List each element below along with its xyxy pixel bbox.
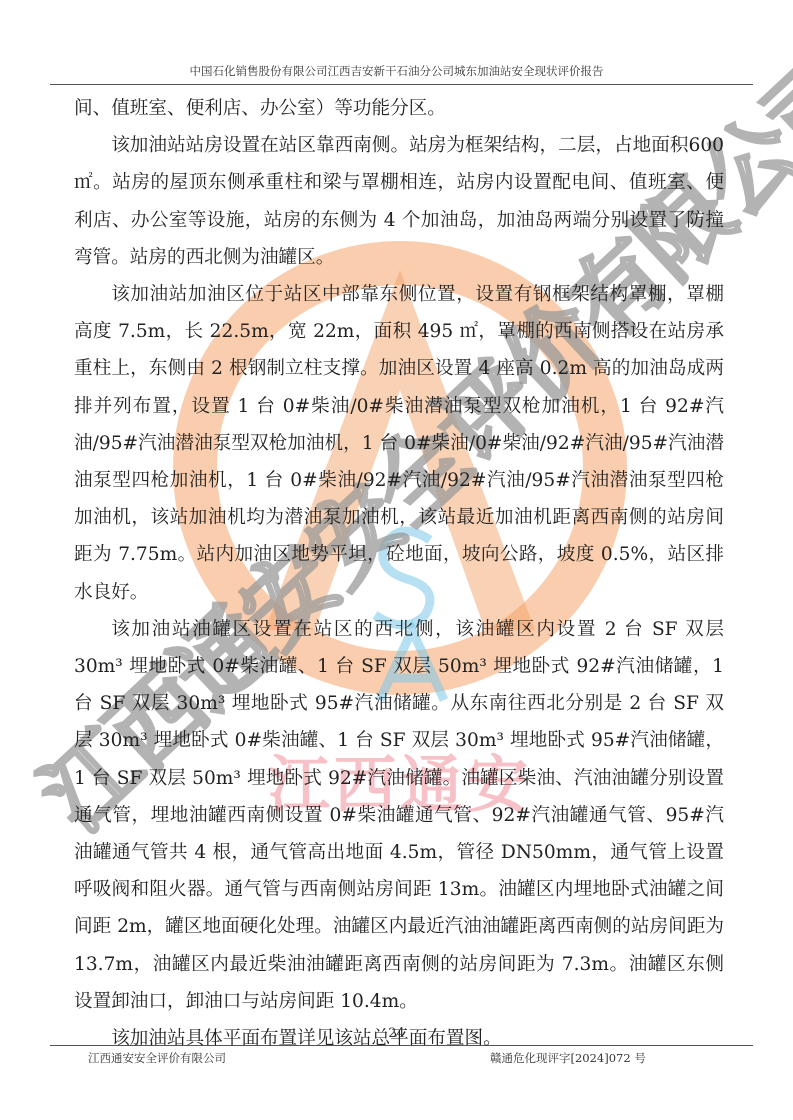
paragraph: 该加油站油罐区设置在站区的西北侧，该油罐区内设置 2 台 SF 双层 30m³ …	[74, 611, 724, 1020]
report-header-title: 中国石化销售股份有限公司江西吉安新干石油分公司城东加油站安全现状评价报告	[0, 63, 793, 79]
paragraph: 该加油站加油区位于站区中部靠东侧位置，设置有钢框架结构罩棚，罩棚高度 7.5m，…	[74, 276, 724, 611]
header-divider	[50, 84, 753, 85]
report-body: 间、值班室、便利店、办公室）等功能分区。 该加油站站房设置在站区靠西南侧。站房为…	[74, 90, 724, 1057]
paragraph: 该加油站站房设置在站区靠西南侧。站房为框架结构，二层，占地面积600 ㎡。站房的…	[74, 127, 724, 276]
paragraph: 间、值班室、便利店、办公室）等功能分区。	[74, 90, 724, 127]
document-page: 中国石化销售股份有限公司江西吉安新干石油分公司城东加油站安全现状评价报告 江西通…	[0, 0, 793, 1120]
paragraph: 该加油站具体平面布置详见该站总平面布置图。	[74, 1020, 724, 1057]
